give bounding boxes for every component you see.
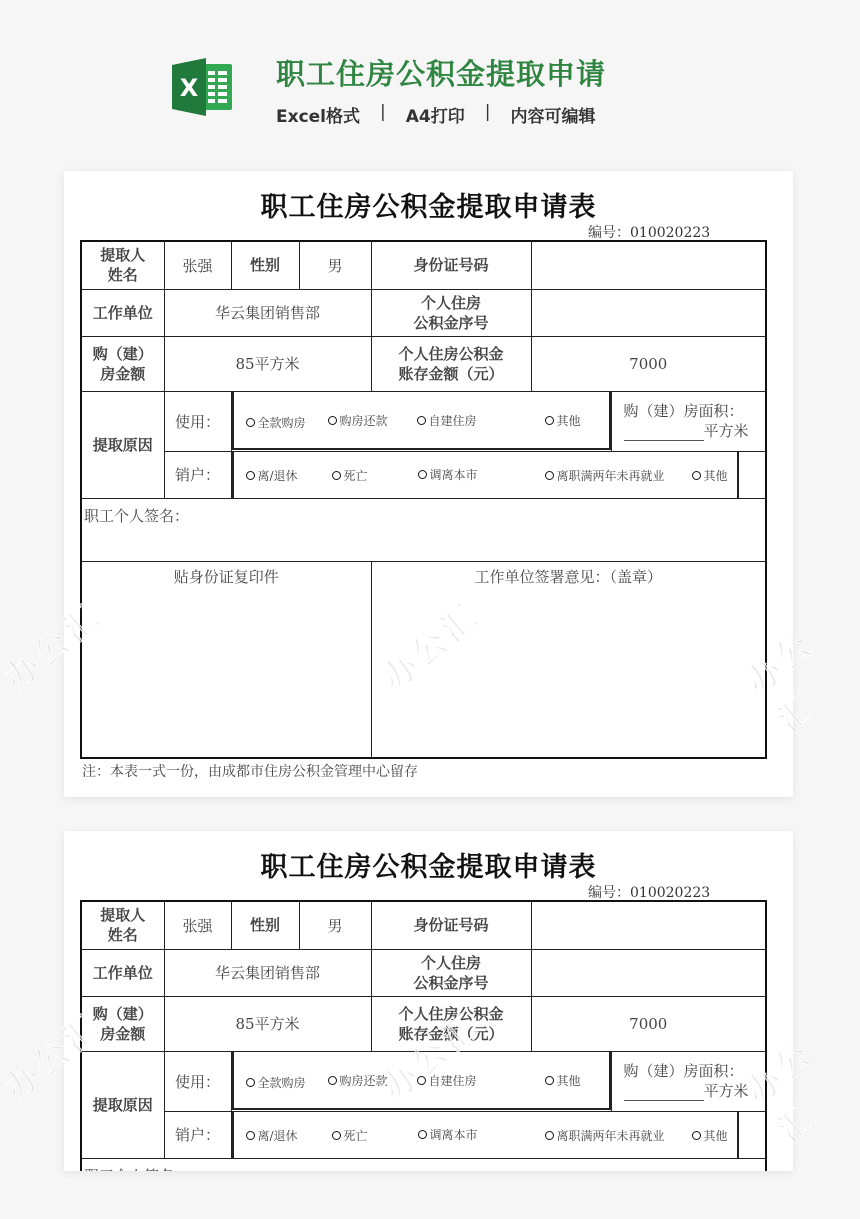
balance-label: 个人住房公积金账存金额（元） — [371, 336, 531, 391]
option-death[interactable]: 死亡 — [332, 467, 368, 484]
area-unit: 平方米 — [704, 422, 749, 440]
option-loan-repayment[interactable]: 购房还款 — [328, 1072, 388, 1089]
radio-icon — [246, 471, 255, 480]
application-form-table: 提取人姓名 张强 性别 男 身份证号码 工作单位 华云集团销售部 个人住房公积金… — [80, 900, 767, 1171]
signature-field[interactable]: 职工个人签名： — [81, 1158, 766, 1171]
fund-number-label: 个人住房公积金序号 — [371, 949, 531, 996]
signature-label: 职工个人签名： — [84, 507, 189, 525]
option-full-purchase[interactable]: 全款购房 — [246, 414, 306, 431]
option-death[interactable]: 死亡 — [332, 1127, 368, 1144]
radio-icon — [692, 1131, 701, 1140]
area-blank[interactable] — [624, 1087, 704, 1101]
option-close-other[interactable]: 其他 — [692, 1127, 728, 1144]
close-label: 销户： — [164, 1111, 231, 1158]
use-label: 使用： — [164, 1051, 231, 1111]
fund-number-value[interactable] — [531, 289, 766, 336]
area-unit: 平方米 — [704, 1082, 749, 1100]
form-title: 职工住房公积金提取申请表 — [64, 845, 793, 884]
area-label: 购（建）房面积： — [624, 402, 744, 420]
area-label: 购（建）房面积： — [624, 1062, 744, 1080]
option-use-other[interactable]: 其他 — [545, 412, 581, 429]
gender-label: 性别 — [231, 901, 299, 949]
radio-icon — [328, 416, 337, 425]
reason-label: 提取原因 — [81, 1051, 164, 1158]
use-options-group: 全款购房 购房还款 自建住房 其他 — [232, 392, 611, 450]
radio-icon — [545, 471, 554, 480]
option-use-other[interactable]: 其他 — [545, 1072, 581, 1089]
employer-label: 工作单位 — [81, 289, 164, 336]
option-leave-city[interactable]: 调离本市 — [418, 1126, 478, 1143]
use-options-cell: 全款购房 购房还款 自建住房 其他 — [231, 1051, 611, 1111]
area-cell[interactable]: 购（建）房面积： 平方米 — [611, 1051, 766, 1111]
radio-icon — [246, 418, 255, 427]
form-preview-card-2: 职工住房公积金提取申请表 编号：010020223 提取人姓名 张强 性别 男 … — [64, 831, 793, 1171]
name-value[interactable]: 张强 — [164, 901, 231, 949]
radio-icon — [545, 1131, 554, 1140]
close-label: 销户： — [164, 451, 231, 498]
use-options-cell: 全款购房 购房还款 自建住房 其他 — [231, 391, 611, 451]
purchase-amount-label: 购（建）房金额 — [81, 996, 164, 1051]
name-value[interactable]: 张强 — [164, 241, 231, 289]
close-options-cell: 离/退休 死亡 调离本市 离职满两年未再就业 其他 — [231, 1111, 766, 1158]
gender-value[interactable]: 男 — [299, 901, 371, 949]
tag-print: A4打印 — [406, 102, 465, 127]
option-loan-repayment[interactable]: 购房还款 — [328, 412, 388, 429]
close-options-group: 离/退休 死亡 调离本市 离职满两年未再就业 其他 — [232, 452, 739, 498]
option-unemployed-two-years[interactable]: 离职满两年未再就业 — [545, 467, 665, 484]
employer-opinion-label: 工作单位签署意见：（盖章） — [474, 568, 662, 586]
employer-value[interactable]: 华云集团销售部 — [164, 949, 371, 996]
radio-icon — [417, 416, 426, 425]
use-label: 使用： — [164, 391, 231, 451]
tag-format: Excel格式 — [276, 102, 360, 127]
radio-icon — [332, 1131, 341, 1140]
banner: X 职工住房公积金提取申请 Excel格式 | A4打印 | 内容可编辑 — [0, 0, 860, 150]
purchase-amount-label: 购（建）房金额 — [81, 336, 164, 391]
fund-number-label: 个人住房公积金序号 — [371, 289, 531, 336]
option-self-build[interactable]: 自建住房 — [417, 1072, 477, 1089]
close-options-group: 离/退休 死亡 调离本市 离职满两年未再就业 其他 — [232, 1112, 739, 1158]
form-title: 职工住房公积金提取申请表 — [64, 185, 793, 224]
id-number-label: 身份证号码 — [371, 901, 531, 949]
name-label: 提取人姓名 — [81, 901, 164, 949]
banner-tags: Excel格式 | A4打印 | 内容可编辑 — [276, 102, 595, 127]
balance-value[interactable]: 7000 — [531, 336, 766, 391]
balance-value[interactable]: 7000 — [531, 996, 766, 1051]
tag-separator: | — [485, 102, 491, 127]
excel-icon: X — [170, 56, 234, 118]
radio-icon — [418, 1130, 427, 1139]
option-self-build[interactable]: 自建住房 — [417, 412, 477, 429]
employer-label: 工作单位 — [81, 949, 164, 996]
id-number-value[interactable] — [531, 901, 766, 949]
option-unemployed-two-years[interactable]: 离职满两年未再就业 — [545, 1127, 665, 1144]
radio-icon — [545, 416, 554, 425]
tag-separator: | — [380, 102, 386, 127]
fund-number-value[interactable] — [531, 949, 766, 996]
id-copy-area[interactable]: 贴身份证复印件 — [81, 561, 371, 758]
signature-field[interactable]: 职工个人签名： — [81, 498, 766, 561]
radio-icon — [692, 471, 701, 480]
gender-label: 性别 — [231, 241, 299, 289]
employer-opinion-area[interactable]: 工作单位签署意见：（盖章） — [371, 561, 766, 758]
area-blank[interactable] — [624, 427, 704, 441]
option-retire[interactable]: 离/退休 — [246, 1127, 298, 1144]
tag-editable: 内容可编辑 — [510, 102, 595, 127]
form-preview-card-1: 职工住房公积金提取申请表 编号：010020223 提取人姓名 张强 性别 男 … — [64, 171, 793, 797]
balance-label: 个人住房公积金账存金额（元） — [371, 996, 531, 1051]
radio-icon — [328, 1076, 337, 1085]
application-form-table: 提取人姓名 张强 性别 男 身份证号码 工作单位 华云集团销售部 个人住房公积金… — [80, 240, 767, 759]
name-label: 提取人姓名 — [81, 241, 164, 289]
option-full-purchase[interactable]: 全款购房 — [246, 1074, 306, 1091]
radio-icon — [418, 470, 427, 479]
radio-icon — [246, 1078, 255, 1087]
option-leave-city[interactable]: 调离本市 — [418, 466, 478, 483]
id-number-value[interactable] — [531, 241, 766, 289]
id-copy-label: 贴身份证复印件 — [174, 568, 279, 586]
form-note: 注：本表一式一份，由成都市住房公积金管理中心留存 — [82, 761, 418, 781]
option-retire[interactable]: 离/退休 — [246, 467, 298, 484]
form-number: 编号：010020223 — [588, 222, 710, 242]
purchase-amount-value[interactable]: 85平方米 — [164, 336, 371, 391]
radio-icon — [246, 1131, 255, 1140]
radio-icon — [332, 471, 341, 480]
banner-title: 职工住房公积金提取申请 — [276, 52, 606, 93]
svg-text:X: X — [180, 74, 199, 102]
form-number: 编号：010020223 — [588, 882, 710, 902]
signature-label: 职工个人签名： — [84, 1167, 189, 1172]
gender-value[interactable]: 男 — [299, 241, 371, 289]
employer-value[interactable]: 华云集团销售部 — [164, 289, 371, 336]
id-number-label: 身份证号码 — [371, 241, 531, 289]
purchase-amount-value[interactable]: 85平方米 — [164, 996, 371, 1051]
radio-icon — [417, 1076, 426, 1085]
option-close-other[interactable]: 其他 — [692, 467, 728, 484]
close-options-cell: 离/退休 死亡 调离本市 离职满两年未再就业 其他 — [231, 451, 766, 498]
radio-icon — [545, 1076, 554, 1085]
reason-label: 提取原因 — [81, 391, 164, 498]
area-cell[interactable]: 购（建）房面积： 平方米 — [611, 391, 766, 451]
use-options-group: 全款购房 购房还款 自建住房 其他 — [232, 1052, 611, 1110]
